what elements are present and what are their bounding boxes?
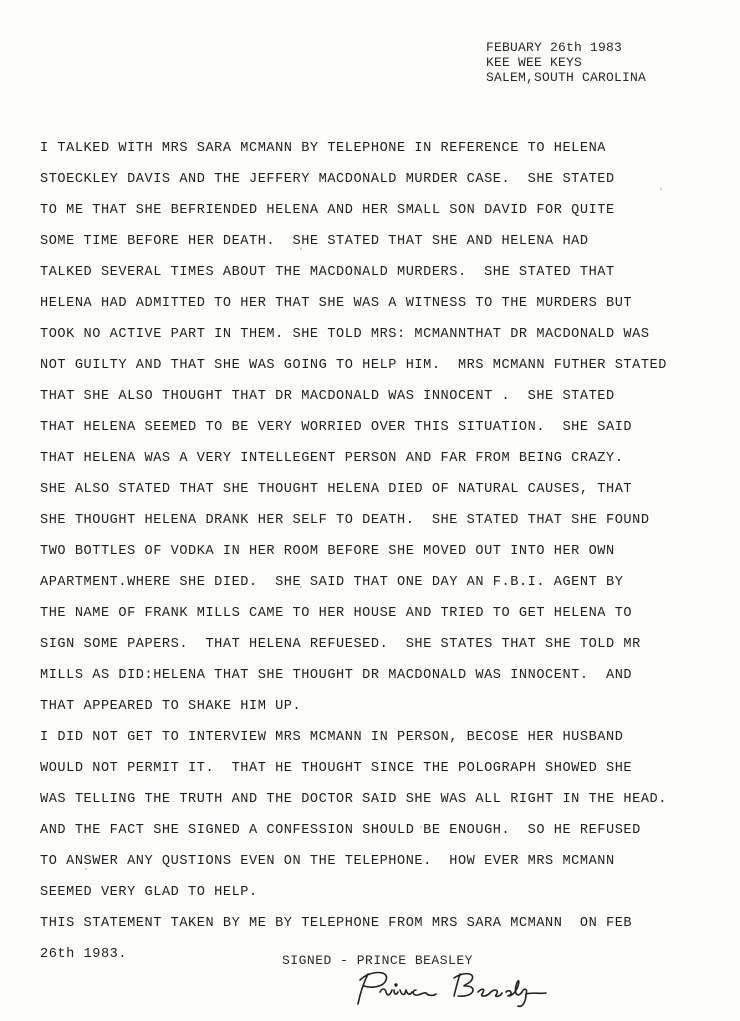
statement-line: THAT HELENA SEEMED TO BE VERY WORRIED OV… <box>40 412 730 443</box>
statement-line: SHE THOUGHT HELENA DRANK HER SELF TO DEA… <box>40 505 730 536</box>
scan-speck <box>300 586 302 588</box>
header-date: FEBUARY 26th 1983 <box>486 40 646 55</box>
scan-speck <box>85 868 87 870</box>
statement-line: SOME TIME BEFORE HER DEATH. SHE STATED T… <box>40 226 730 257</box>
statement-line: SEEMED VERY GLAD TO HELP. <box>40 877 730 908</box>
statement-line: NOT GUILTY AND THAT SHE WAS GOING TO HEL… <box>40 350 730 381</box>
statement-line: TALKED SEVERAL TIMES ABOUT THE MACDONALD… <box>40 257 730 288</box>
statement-line: THIS STATEMENT TAKEN BY ME BY TELEPHONE … <box>40 908 730 939</box>
statement-line: THAT HELENA WAS A VERY INTELLEGENT PERSO… <box>40 443 730 474</box>
scan-speck <box>612 828 614 830</box>
statement-line: TO ME THAT SHE BEFRIENDED HELENA AND HER… <box>40 195 730 226</box>
header-location: SALEM,SOUTH CAROLINA <box>486 70 646 85</box>
statement-line: SHE ALSO STATED THAT SHE THOUGHT HELENA … <box>40 474 730 505</box>
statement-line: TO ANSWER ANY QUSTIONS EVEN ON THE TELEP… <box>40 846 730 877</box>
statement-line: I TALKED WITH MRS SARA MCMANN BY TELEPHO… <box>40 133 730 164</box>
letter-header: FEBUARY 26th 1983 KEE WEE KEYS SALEM,SOU… <box>486 40 646 85</box>
statement-line: THAT SHE ALSO THOUGHT THAT DR MACDONALD … <box>40 381 730 412</box>
statement-line: THE NAME OF FRANK MILLS CAME TO HER HOUS… <box>40 598 730 629</box>
scan-speck <box>660 188 662 190</box>
statement-line: TOOK NO ACTIVE PART IN THEM. SHE TOLD MR… <box>40 319 730 350</box>
statement-line: THAT APPEARED TO SHAKE HIM UP. <box>40 691 730 722</box>
statement-line: WOULD NOT PERMIT IT. THAT HE THOUGHT SIN… <box>40 753 730 784</box>
scan-speck <box>300 248 302 250</box>
statement-line: TWO BOTTLES OF VODKA IN HER ROOM BEFORE … <box>40 536 730 567</box>
statement-body: I TALKED WITH MRS SARA MCMANN BY TELEPHO… <box>40 133 730 970</box>
statement-line: AND THE FACT SHE SIGNED A CONFESSION SHO… <box>40 815 730 846</box>
typed-statement-page: FEBUARY 26th 1983 KEE WEE KEYS SALEM,SOU… <box>0 0 740 1021</box>
statement-line: STOECKLEY DAVIS AND THE JEFFERY MACDONAL… <box>40 164 730 195</box>
header-name: KEE WEE KEYS <box>486 55 646 70</box>
scan-speck <box>420 826 422 828</box>
statement-line: HELENA HAD ADMITTED TO HER THAT SHE WAS … <box>40 288 730 319</box>
statement-line: I DID NOT GET TO INTERVIEW MRS MCMANN IN… <box>40 722 730 753</box>
statement-line: SIGN SOME PAPERS. THAT HELENA REFUESED. … <box>40 629 730 660</box>
statement-line: APARTMENT.WHERE SHE DIED. SHE SAID THAT … <box>40 567 730 598</box>
handwritten-signature <box>350 966 560 1010</box>
statement-line: MILLS AS DID:HELENA THAT SHE THOUGHT DR … <box>40 660 730 691</box>
statement-line: WAS TELLING THE TRUTH AND THE DOCTOR SAI… <box>40 784 730 815</box>
